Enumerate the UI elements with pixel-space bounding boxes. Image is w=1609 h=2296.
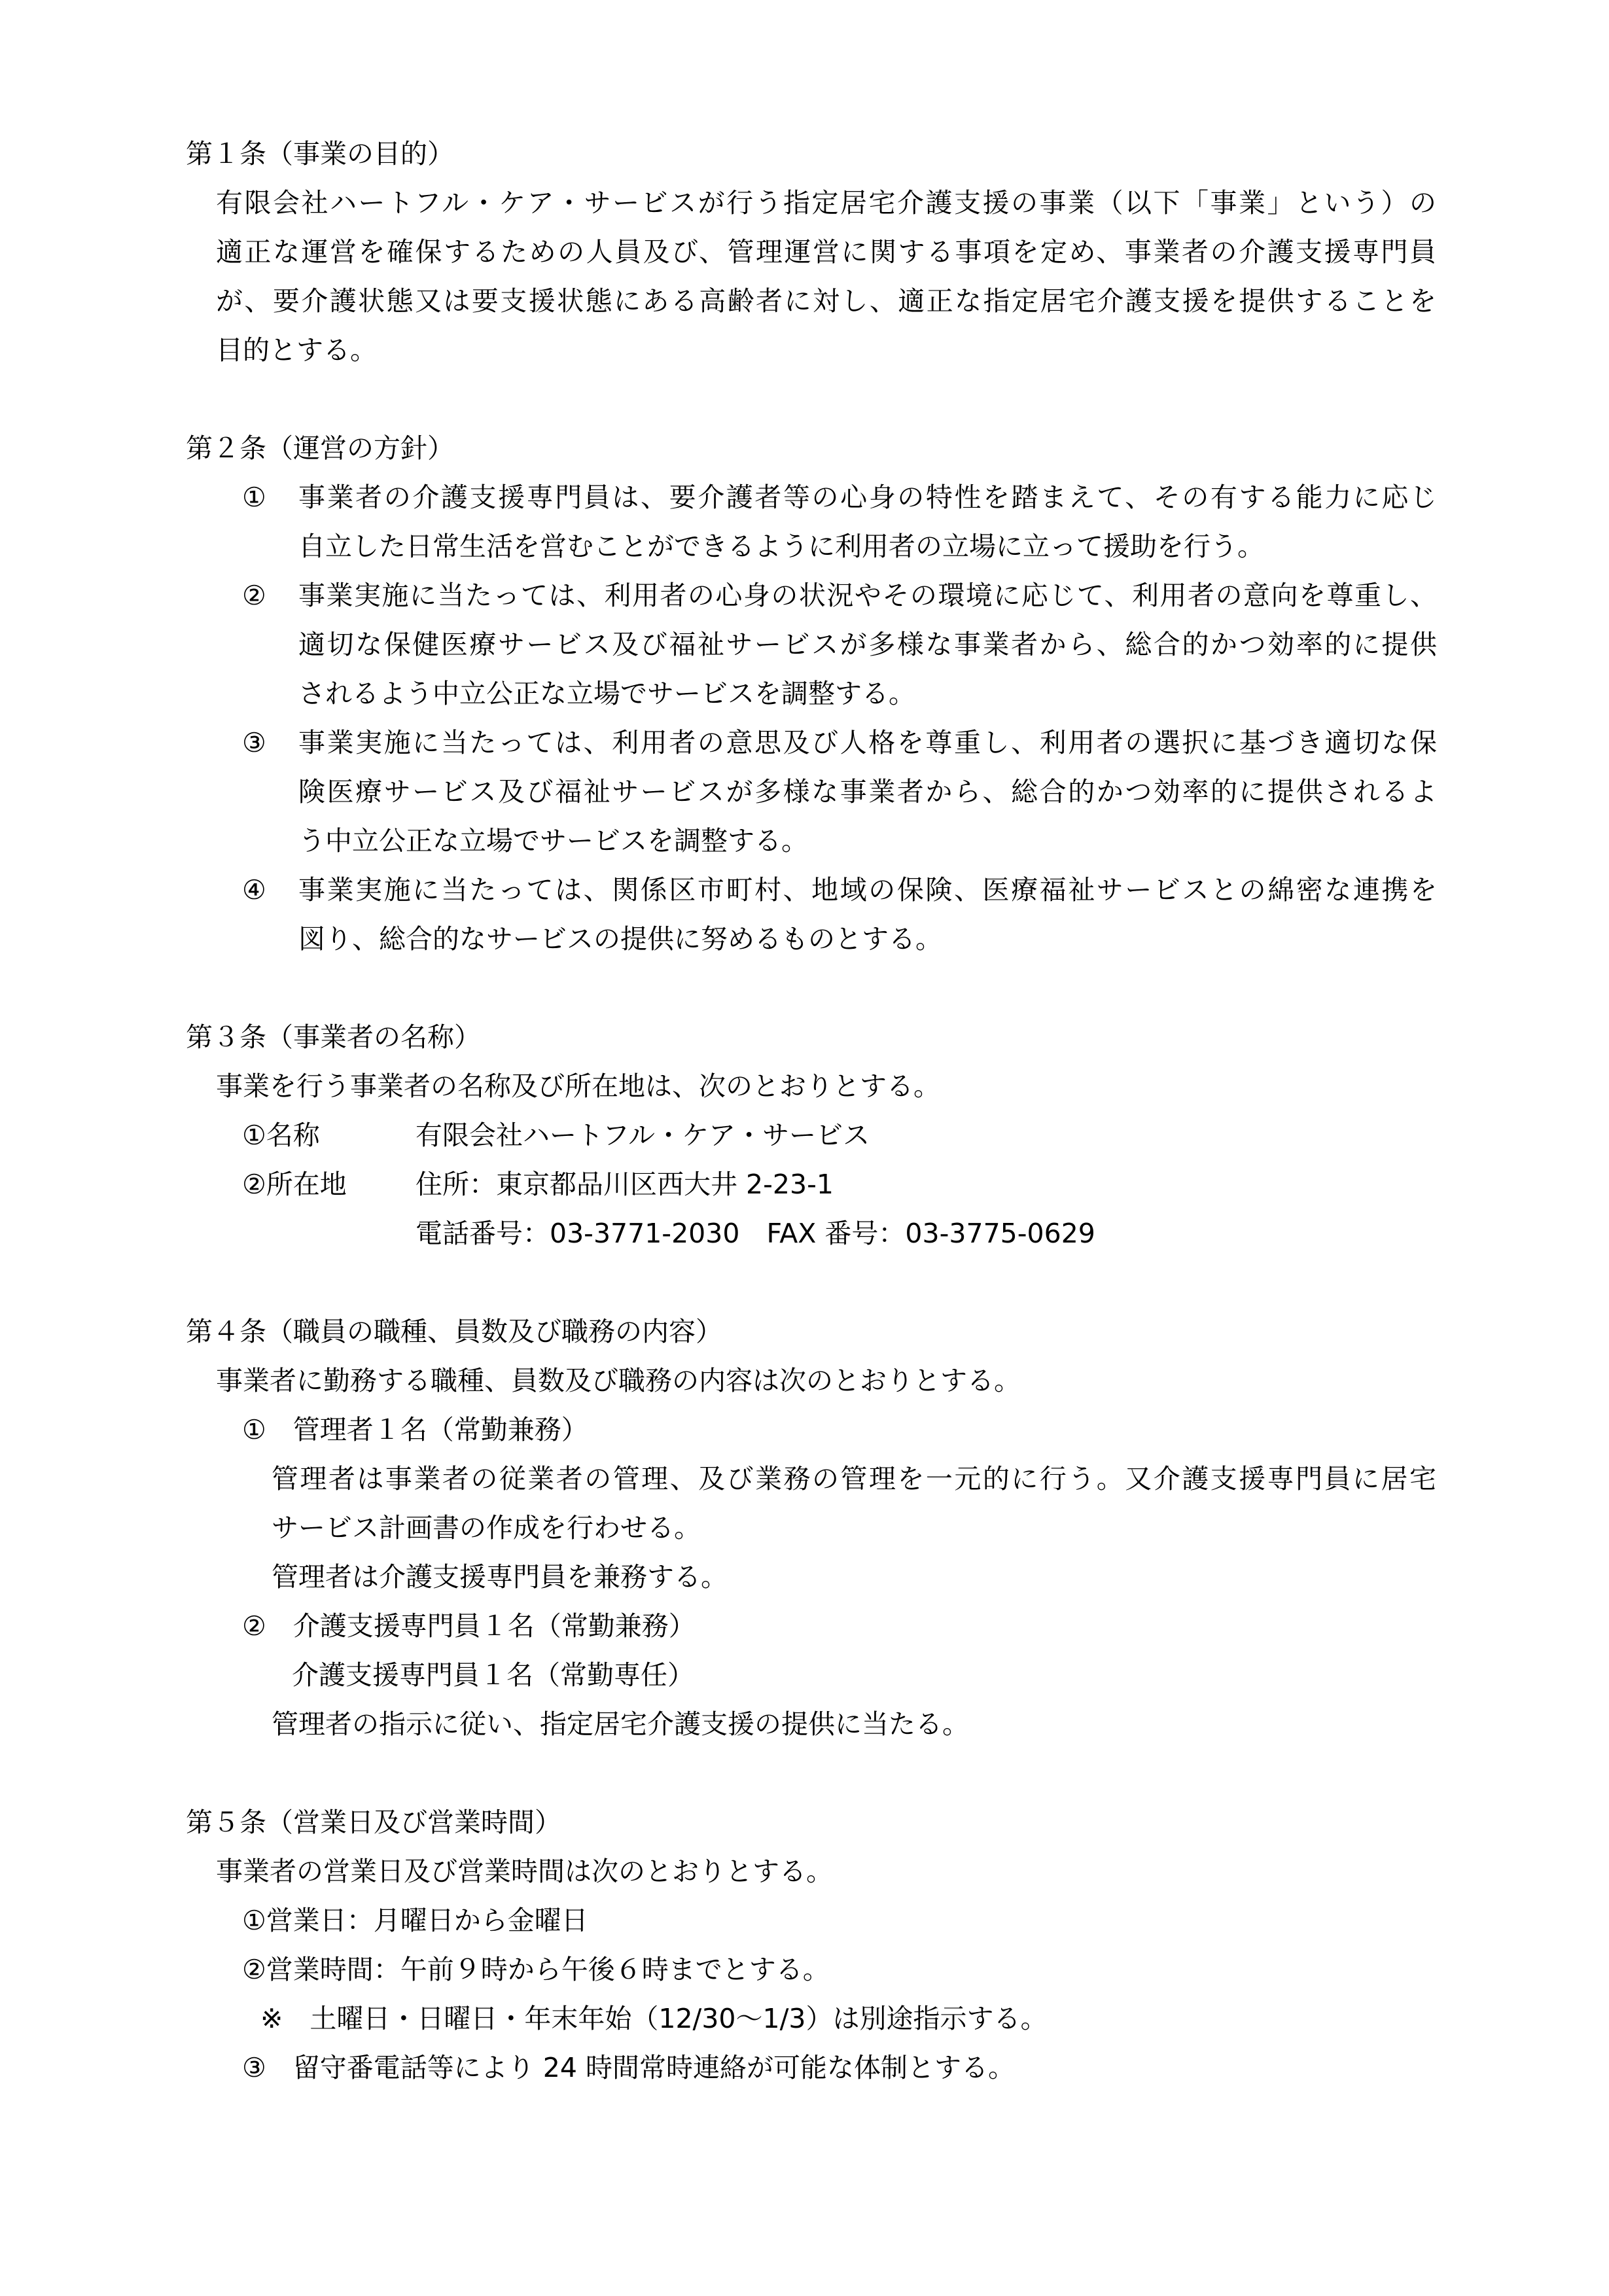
article-2-item-line: 事業実施に当たっては、関係区市町村、地域の保険、医療福祉サービスとの綿密な連携を [298,866,1437,915]
location-label: ②所在地 [242,1160,347,1209]
article-2-item-line: 事業実施に当たっては、利用者の意思及び人格を尊重し、利用者の選択に基づき適切な保 [298,718,1437,768]
article-3-intro: 事業を行う事業者の名称及び所在地は、次のとおりとする。 [216,1062,940,1111]
item-marker-2: ② [242,571,266,620]
staff-item-2-title-2: 介護支援専門員１名（常勤専任） [292,1651,694,1700]
company-name-label: ①名称 [242,1111,320,1160]
item-marker-4: ④ [242,866,266,915]
staff-item-1-title: ① 管理者１名（常勤兼務） [242,1405,588,1455]
item-marker-3: ③ [242,718,266,768]
article-1-line: 有限会社ハートフル・ケア・サービスが行う指定居宅介護支援の事業（以下「事業」とい… [216,179,1436,228]
article-1-line: 目的とする。 [216,326,377,375]
article-5-intro: 事業者の営業日及び営業時間は次のとおりとする。 [216,1847,833,1896]
article-2-item-line: 図り、総合的なサービスの提供に努めるものとする。 [298,915,942,964]
article-2-item-line: 事業実施に当たっては、利用者の心身の状況やその環境に応じて、利用者の意向を尊重し… [298,571,1437,620]
staff-item-2-title: ② 介護支援専門員１名（常勤兼務） [242,1602,696,1651]
staff-item-1-line: サービス計画書の作成を行わせる。 [272,1504,701,1553]
article-4-heading: 第４条（職員の職種、員数及び職務の内容） [186,1307,722,1356]
article-5-heading: 第５条（営業日及び営業時間） [186,1798,561,1847]
staff-item-2-line: 管理者の指示に従い、指定居宅介護支援の提供に当たる。 [272,1700,969,1749]
article-2-heading: 第２条（運営の方針） [186,424,454,473]
article-2-item-line: されるよう中立公正な立場でサービスを調整する。 [298,669,915,718]
article-4-intro: 事業者に勤務する職種、員数及び職務の内容は次のとおりとする。 [216,1356,1021,1405]
staff-item-1-line: 管理者は介護支援専門員を兼務する。 [272,1553,728,1602]
article-3-heading: 第３条（事業者の名称） [186,1013,481,1062]
article-2-item-line: 事業者の介護支援専門員は、要介護者等の心身の特性を踏まえて、その有する能力に応じ [298,473,1437,522]
article-2-item-line: う中立公正な立場でサービスを調整する。 [298,817,808,866]
article-2-item-line: 険医療サービス及び福祉サービスが多様な事業者から、総合的かつ効率的に提供されるよ [298,768,1437,817]
article-1-heading: 第１条（事業の目的） [186,130,454,179]
business-days: ①営業日：月曜日から金曜日 [242,1896,588,1945]
business-hours: ②営業時間：午前９時から午後６時までとする。 [242,1945,830,1994]
staff-item-1-line: 管理者は事業者の従業者の管理、及び業務の管理を一元的に行う。又介護支援専門員に居… [272,1455,1436,1504]
item-marker-1: ① [242,473,266,522]
article-1-line: が、要介護状態又は要支援状態にある高齢者に対し、適正な指定居宅介護支援を提供する… [216,277,1436,326]
article-1-line: 適正な運営を確保するための人員及び、管理運営に関する事項を定め、事業者の介護支援… [216,228,1436,277]
contact-numbers: 電話番号：03-3771-2030 FAX 番号：03-3775-0629 [416,1209,1095,1258]
holiday-note: ※ 土曜日・日曜日・年末年始（12/30～1/3）は別途指示する。 [260,1994,1048,2043]
article-2-item-line: 自立した日常生活を営むことができるように利用者の立場に立って援助を行う。 [298,522,1264,571]
document-page: 第１条（事業の目的） 有限会社ハートフル・ケア・サービスが行う指定居宅介護支援の… [0,0,1609,2296]
company-name-value: 有限会社ハートフル・ケア・サービス [416,1111,870,1160]
article-2-item-line: 適切な保健医療サービス及び福祉サービスが多様な事業者から、総合的かつ効率的に提供 [298,620,1437,669]
address-value: 住所：東京都品川区西大井 2-23-1 [416,1160,834,1209]
contact-availability: ③ 留守番電話等により 24 時間常時連絡が可能な体制とする。 [242,2043,1015,2093]
